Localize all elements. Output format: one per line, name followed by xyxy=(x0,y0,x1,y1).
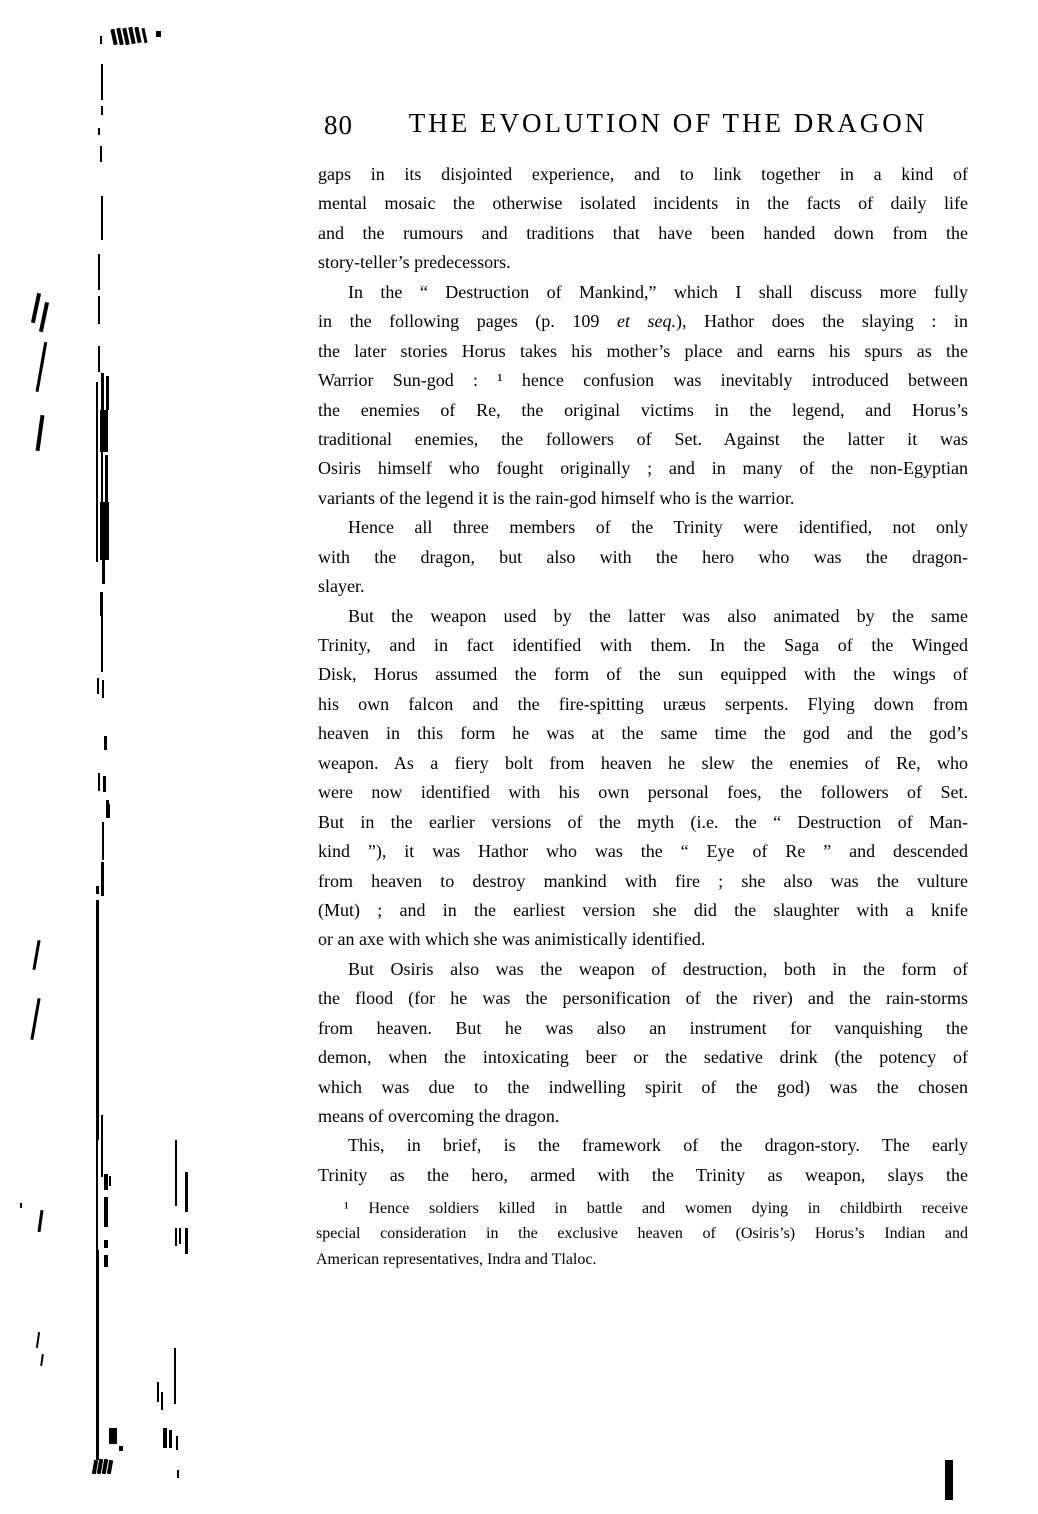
text-line: American representatives, Indra and Tlal… xyxy=(316,1247,968,1272)
scan-artifact xyxy=(101,373,104,411)
scan-artifact xyxy=(98,296,100,324)
scan-artifact xyxy=(175,1140,177,1206)
text-line: variants of the legend it is the rain-go… xyxy=(318,484,968,513)
scan-artifact xyxy=(174,1348,176,1404)
text-line: In the “ Destruction of Mankind,” which … xyxy=(318,278,968,307)
scan-artifact xyxy=(36,415,45,451)
text-line: This, in brief, is the framework of the … xyxy=(318,1131,968,1160)
text-line: traditional enemies, the followers of Se… xyxy=(318,425,968,454)
scan-artifact xyxy=(31,293,41,323)
scan-artifact xyxy=(96,886,99,894)
text-line: demon, when the intoxicating beer or the… xyxy=(318,1043,968,1072)
text-line: Trinity as the hero, armed with the Trin… xyxy=(318,1161,968,1190)
text-line: mental mosaic the otherwise isolated inc… xyxy=(318,189,968,218)
text-line: and the rumours and traditions that have… xyxy=(318,219,968,248)
scan-artifact xyxy=(945,1460,953,1500)
scan-artifact xyxy=(100,502,109,560)
scan-artifact xyxy=(101,616,103,672)
book-page: 80 THE EVOLUTION OF THE DRAGON gaps in i… xyxy=(0,0,1038,1514)
text-segment: in the following pages (p. 109 xyxy=(318,311,617,331)
scan-artifact xyxy=(102,560,105,584)
text-line: Hence all three members of the Trinity w… xyxy=(318,513,968,542)
scan-artifact xyxy=(109,1428,117,1444)
scan-artifact xyxy=(161,1392,163,1410)
text-line: special consideration in the exclusive h… xyxy=(316,1221,968,1246)
text-line: But in the earlier versions of the myth … xyxy=(318,808,968,837)
scan-artifact xyxy=(106,804,110,818)
scan-artifact xyxy=(102,822,104,860)
scan-artifact xyxy=(36,352,46,392)
text-line: But Osiris also was the weapon of destru… xyxy=(318,955,968,984)
text-line: ¹ Hence soldiers killed in battle and wo… xyxy=(316,1196,968,1221)
scan-artifact xyxy=(163,1428,167,1448)
text-line: with the dragon, but also with the hero … xyxy=(318,543,968,572)
scan-artifact xyxy=(107,1460,113,1474)
scan-artifact xyxy=(119,1446,123,1451)
text-line: heaven in this form he was at the same t… xyxy=(318,719,968,748)
paragraph: But Osiris also was the weapon of destru… xyxy=(318,955,968,1132)
scan-artifact xyxy=(98,128,100,135)
text-line: the later stories Horus takes his mother… xyxy=(318,337,968,366)
page-header: 80 THE EVOLUTION OF THE DRAGON xyxy=(318,108,968,144)
scan-artifact xyxy=(177,1470,179,1478)
scan-artifact xyxy=(100,146,102,162)
scan-artifact xyxy=(96,1140,98,1250)
text-line: the flood (for he was the personificatio… xyxy=(318,984,968,1013)
scan-artifact xyxy=(109,1176,111,1186)
footnote: ¹ Hence soldiers killed in battle and wo… xyxy=(316,1196,968,1272)
scan-artifact xyxy=(98,346,100,372)
italic-text: et seq. xyxy=(617,311,676,331)
scan-artifact xyxy=(98,773,100,791)
text-line: Disk, Horus assumed the form of the sun … xyxy=(318,660,968,689)
scan-artifact xyxy=(105,455,108,503)
text-line: story-teller’s predecessors. xyxy=(318,248,968,277)
text-line: his own falcon and the fire-spitting uræ… xyxy=(318,690,968,719)
scan-artifact xyxy=(20,1203,22,1208)
scan-artifact xyxy=(101,862,104,896)
scan-artifact xyxy=(39,302,49,332)
text-line: were now identified with his own persona… xyxy=(318,778,968,807)
scan-artifact xyxy=(104,736,107,750)
text-line: weapon. As a fiery bolt from heaven he s… xyxy=(318,749,968,778)
text-line: kind ”), it was Hathor who was the “ Eye… xyxy=(318,837,968,866)
scan-artifact xyxy=(134,27,141,43)
text-line: from heaven. But he was also an instrume… xyxy=(318,1014,968,1043)
scan-artifact xyxy=(104,1197,108,1227)
scan-artifact xyxy=(101,1115,103,1177)
text-segment: ), Hathor does the slaying : in xyxy=(676,311,968,331)
scan-artifact xyxy=(185,1228,188,1254)
scan-artifact xyxy=(141,28,147,43)
page-number: 80 xyxy=(324,110,353,141)
scan-artifact xyxy=(156,31,161,37)
scan-artifact xyxy=(101,106,103,115)
text-line: Warrior Sun-god : ¹ hence confusion was … xyxy=(318,366,968,395)
scan-artifact xyxy=(30,998,40,1040)
scan-artifact xyxy=(175,1228,177,1246)
text-line: gaps in its disjointed experience, and t… xyxy=(318,160,968,189)
scan-artifact xyxy=(176,1436,178,1450)
text-line: in the following pages (p. 109 et seq.),… xyxy=(318,307,968,336)
scan-artifact xyxy=(98,254,100,290)
text-line: slayer. xyxy=(318,572,968,601)
scan-artifact xyxy=(100,592,103,616)
scan-artifact xyxy=(101,64,103,100)
scan-artifact xyxy=(32,940,40,970)
scan-artifact xyxy=(103,776,106,792)
paragraph: Hence all three members of the Trinity w… xyxy=(318,513,968,601)
scan-artifact xyxy=(102,680,104,698)
scan-artifact xyxy=(104,1255,108,1267)
text-line: But the weapon used by the latter was al… xyxy=(318,602,968,631)
scan-artifact xyxy=(185,1172,188,1212)
text-line: from heaven to destroy mankind with fire… xyxy=(318,867,968,896)
scan-artifact xyxy=(97,678,99,694)
text-line: which was due to the indwelling spirit o… xyxy=(318,1073,968,1102)
paragraph: This, in brief, is the framework of the … xyxy=(318,1131,968,1190)
scan-artifact xyxy=(101,196,103,240)
text-line: (Mut) ; and in the earliest version she … xyxy=(318,896,968,925)
scan-artifact xyxy=(37,1210,43,1232)
paragraph: gaps in its disjointed experience, and t… xyxy=(318,160,968,278)
scan-artifact xyxy=(96,382,98,562)
scan-artifact xyxy=(96,900,99,1140)
paragraph: ¹ Hence soldiers killed in battle and wo… xyxy=(316,1196,968,1272)
text-line: Osiris himself who fought originally ; a… xyxy=(318,454,968,483)
scan-artifact xyxy=(101,452,103,502)
text-line: or an axe with which she was animistical… xyxy=(318,925,968,954)
scan-artifact xyxy=(104,1240,108,1248)
text-line: means of overcoming the dragon. xyxy=(318,1102,968,1131)
body-text: gaps in its disjointed experience, and t… xyxy=(318,160,968,1190)
paragraph: In the “ Destruction of Mankind,” which … xyxy=(318,278,968,514)
running-title: THE EVOLUTION OF THE DRAGON xyxy=(318,108,968,139)
scan-artifact xyxy=(36,1332,40,1348)
scan-artifact xyxy=(40,1354,44,1366)
text-line: the enemies of Re, the original victims … xyxy=(318,396,968,425)
scan-artifact xyxy=(96,1250,99,1460)
text-line: Trinity, and in fact identified with the… xyxy=(318,631,968,660)
paragraph: But the weapon used by the latter was al… xyxy=(318,602,968,955)
scan-artifact xyxy=(169,1430,172,1448)
scan-artifact xyxy=(157,1382,159,1402)
scan-artifact xyxy=(106,376,109,410)
scan-artifact xyxy=(179,1228,181,1244)
scan-artifact xyxy=(100,410,108,452)
scan-artifact xyxy=(100,36,102,44)
scan-artifact xyxy=(104,1174,108,1190)
